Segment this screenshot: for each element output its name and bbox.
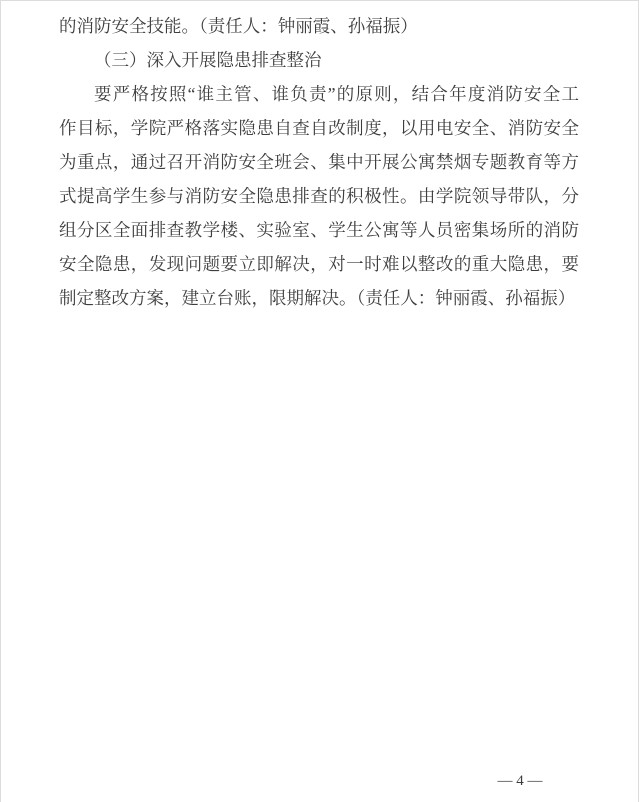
document-line: 作目标，学院严格落实隐患自查自改制度，以用电安全、消防安全: [59, 111, 579, 145]
page-number: — 4 —: [480, 771, 560, 791]
document-line: 为重点，通过召开消防安全班会、集中开展公寓禁烟专题教育等方: [59, 145, 579, 179]
document-line: 式提高学生参与消防安全隐患排查的积极性。由学院领导带队，分: [59, 179, 579, 213]
document-line: 要严格按照“谁主管、谁负责”的原则，结合年度消防安全工: [59, 77, 579, 111]
document-line-paragraph-end: 制定整改方案，建立台账，限期解决。（责任人：钟丽霞、孙福振）: [59, 281, 579, 315]
section-heading: （三）深入开展隐患排查整治: [59, 43, 579, 77]
document-line-paragraph-end: 的消防安全技能。（责任人：钟丽霞、孙福振）: [59, 9, 579, 43]
document-line: 组分区全面排查教学楼、实验室、学生公寓等人员密集场所的消防: [59, 213, 579, 247]
document-body: 的消防安全技能。（责任人：钟丽霞、孙福振） （三）深入开展隐患排查整治 要严格按…: [59, 9, 579, 315]
document-page: 的消防安全技能。（责任人：钟丽霞、孙福振） （三）深入开展隐患排查整治 要严格按…: [0, 0, 639, 802]
document-line: 安全隐患，发现问题要立即解决，对一时难以整改的重大隐患，要: [59, 247, 579, 281]
